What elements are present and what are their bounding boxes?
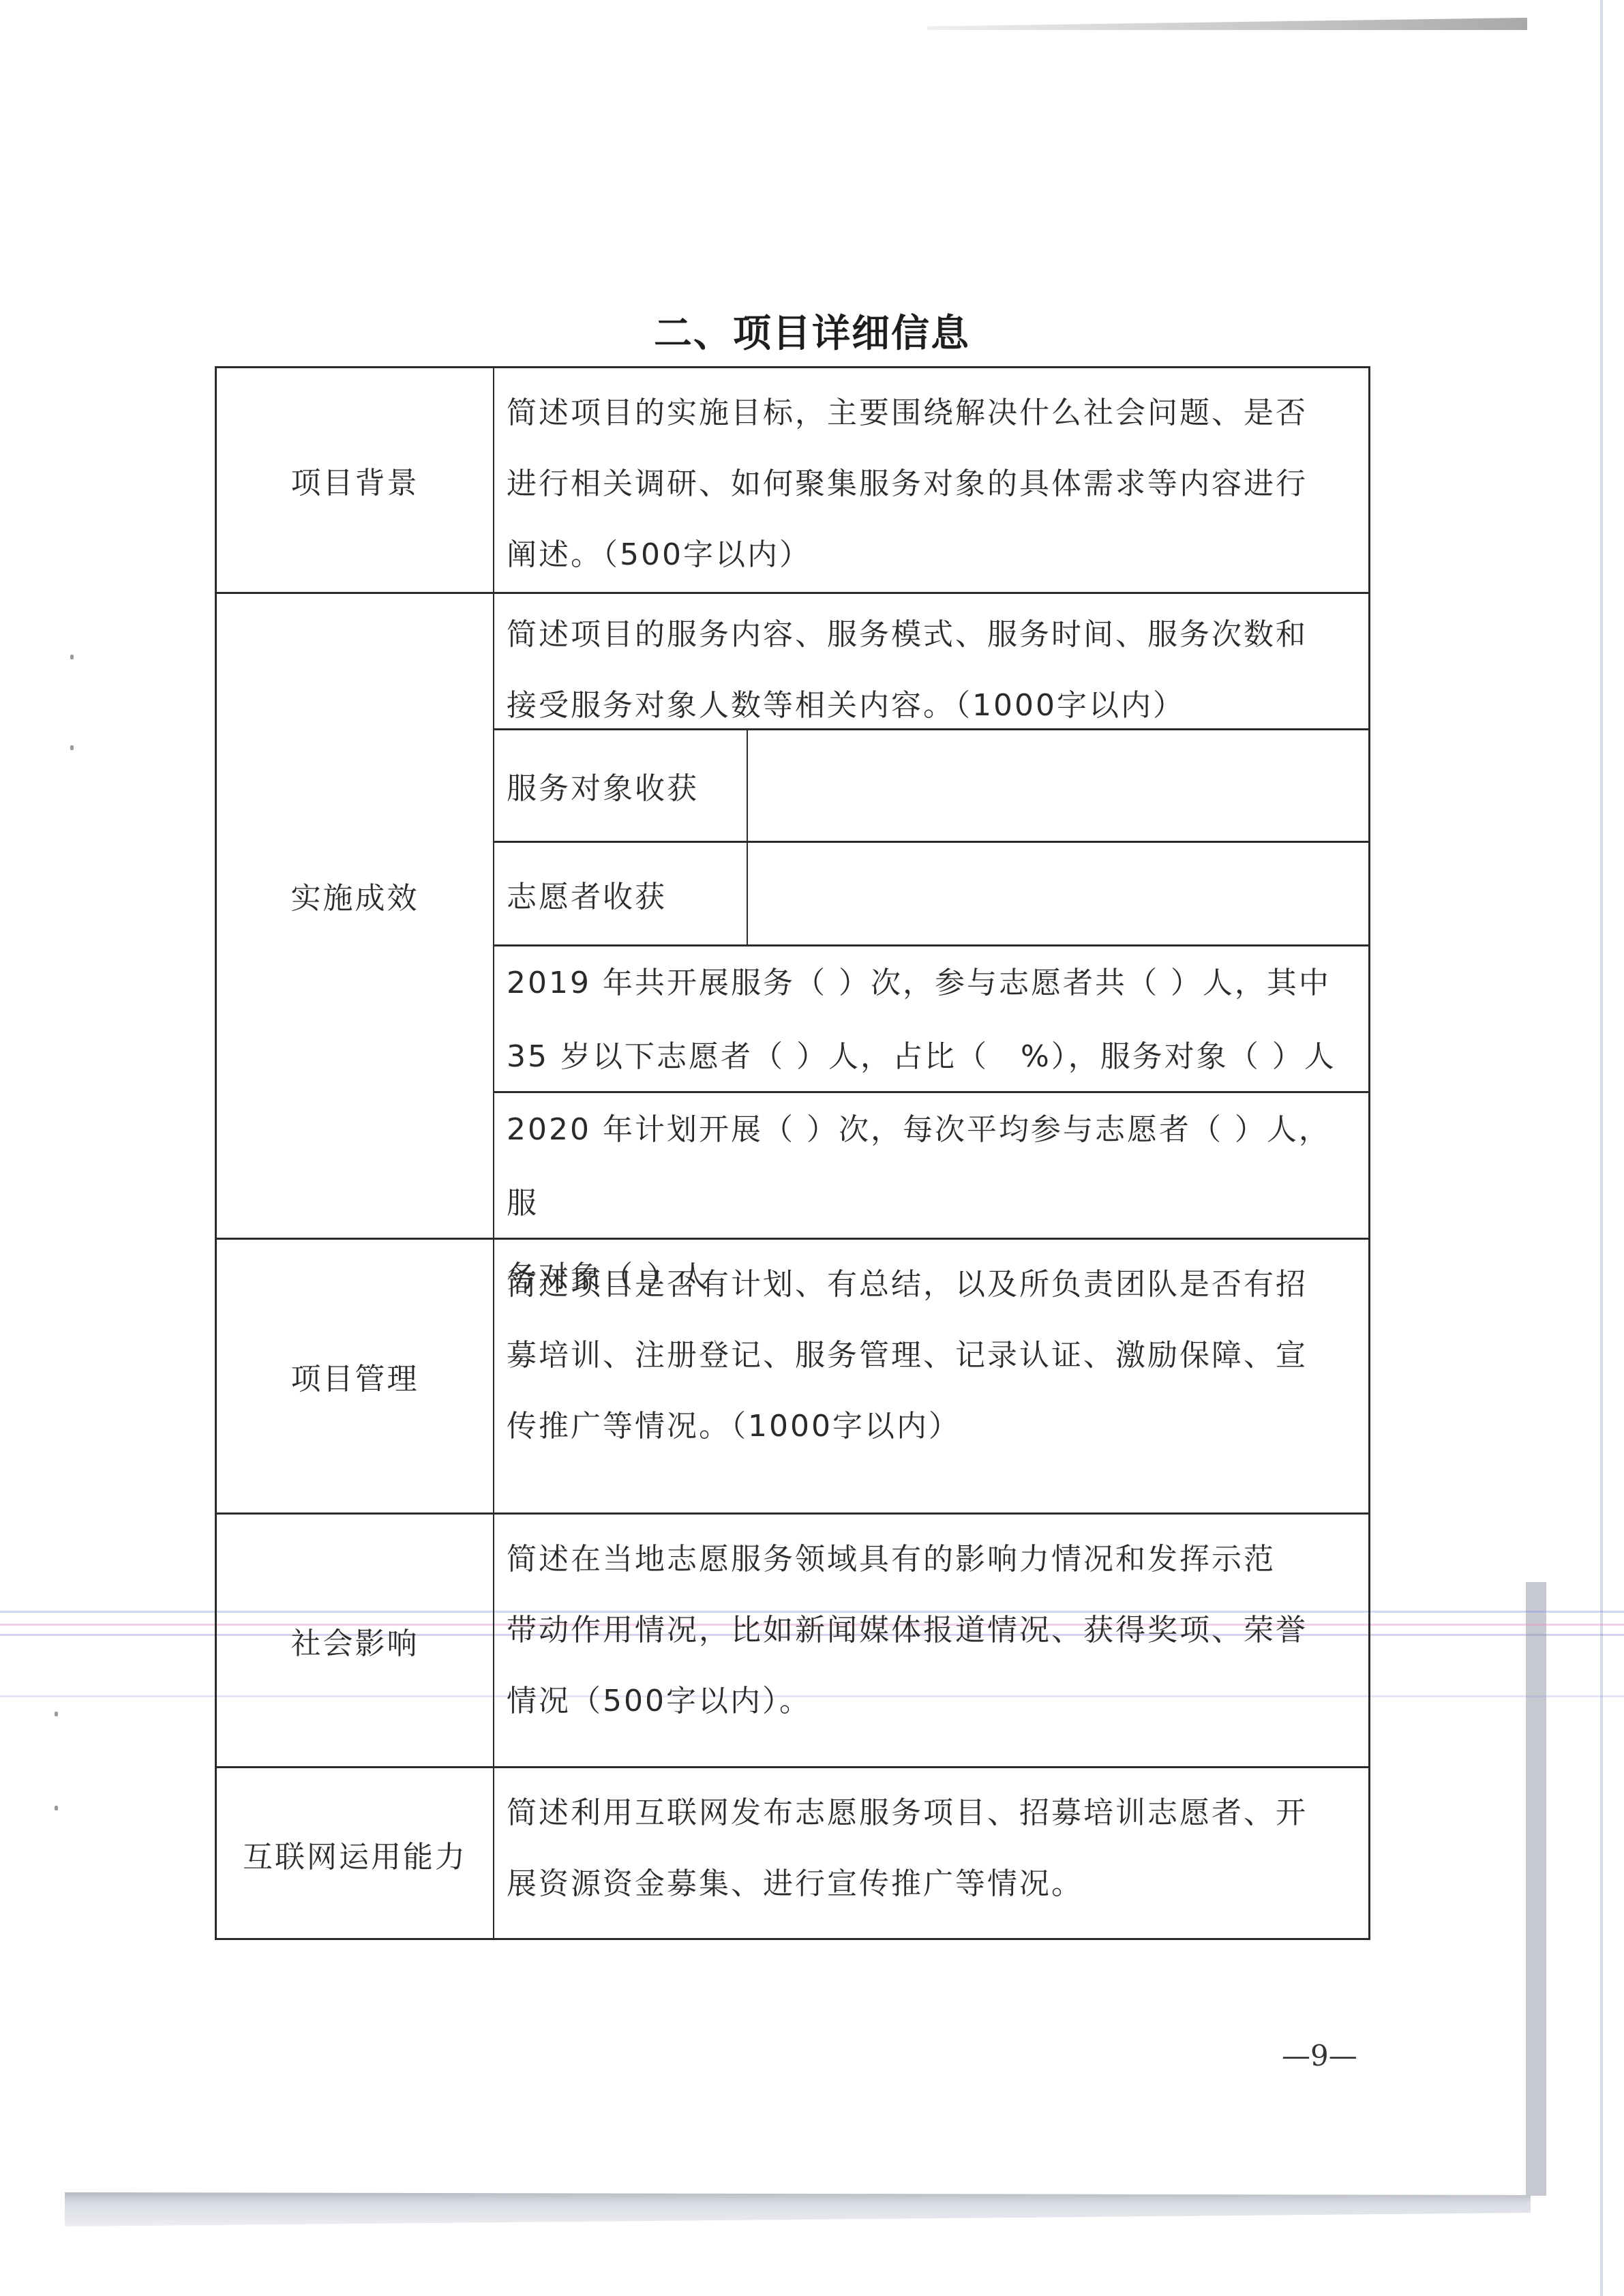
stats-line: 2019 年共开展服务（ ）次，参与志愿者共（ ）人，其中: [507, 946, 1357, 1020]
effectiveness-content: 简述项目的服务内容、服务模式、服务时间、服务次数和 接受服务对象人数等相关内容。…: [494, 594, 1368, 1238]
field-volunteer-gains[interactable]: [748, 843, 1368, 944]
scan-shadow-bottom: [65, 2192, 1531, 2226]
scan-speck: [70, 655, 74, 659]
instruction-text: 简述项目是否有计划、有总结，以及所负责团队是否有招 募培训、注册登记、服务管理、…: [507, 1249, 1357, 1462]
instruction-line: 简述项目是否有计划、有总结，以及所负责团队是否有招: [507, 1249, 1357, 1320]
label-project-background: 项目背景: [217, 368, 494, 592]
label-project-management: 项目管理: [217, 1240, 494, 1512]
instruction-line: 简述项目的服务内容、服务模式、服务时间、服务次数和: [507, 599, 1357, 670]
row-volunteer-gains: 志愿者收获: [494, 843, 1368, 946]
field-internet-capability[interactable]: 简述利用互联网发布志愿服务项目、招募培训志愿者、开 展资源资金募集、进行宣传推广…: [494, 1768, 1368, 1940]
instruction-line: 阐述。（500字以内）: [507, 520, 1357, 591]
instruction-line: 展资源资金募集、进行宣传推广等情况。: [507, 1849, 1357, 1920]
label-volunteer-gains: 志愿者收获: [494, 843, 748, 944]
field-social-impact[interactable]: 简述在当地志愿服务领域具有的影响力情况和发挥示范 带动作用情况，比如新闻媒体报道…: [494, 1515, 1368, 1766]
field-project-background[interactable]: 简述项目的实施目标，主要围绕解决什么社会问题、是否 进行相关调研、如何聚集服务对…: [494, 368, 1368, 592]
label-effectiveness: 实施成效: [217, 594, 494, 1238]
instruction-line: 带动作用情况，比如新闻媒体报道情况、获得奖项、荣誉: [507, 1595, 1357, 1666]
label-social-impact: 社会影响: [217, 1515, 494, 1766]
label-beneficiary-gains: 服务对象收获: [494, 730, 748, 841]
scan-speck: [70, 745, 74, 750]
scan-speck: [55, 1806, 58, 1810]
row-effectiveness: 实施成效 简述项目的服务内容、服务模式、服务时间、服务次数和 接受服务对象人数等…: [217, 594, 1368, 1240]
instruction-line: 简述在当地志愿服务领域具有的影响力情况和发挥示范: [507, 1524, 1357, 1595]
row-2019-stats[interactable]: 2019 年共开展服务（ ）次，参与志愿者共（ ）人，其中 35 岁以下志愿者（…: [494, 946, 1368, 1093]
instruction-text: 简述在当地志愿服务领域具有的影响力情况和发挥示范 带动作用情况，比如新闻媒体报道…: [507, 1524, 1357, 1737]
instruction-line: 简述项目的实施目标，主要围绕解决什么社会问题、是否: [507, 378, 1357, 449]
field-project-management[interactable]: 简述项目是否有计划、有总结，以及所负责团队是否有招 募培训、注册登记、服务管理、…: [494, 1240, 1368, 1512]
instruction-line: 募培训、注册登记、服务管理、记录认证、激励保障、宣: [507, 1320, 1357, 1391]
instruction-text: 简述项目的实施目标，主要围绕解决什么社会问题、是否 进行相关调研、如何聚集服务对…: [507, 378, 1357, 591]
instruction-line: 简述利用互联网发布志愿服务项目、招募培训志愿者、开: [507, 1778, 1357, 1849]
field-beneficiary-gains[interactable]: [748, 730, 1368, 841]
row-internet-capability: 互联网运用能力 简述利用互联网发布志愿服务项目、招募培训志愿者、开 展资源资金募…: [217, 1768, 1368, 1940]
section-title: 二、项目详细信息: [0, 303, 1624, 358]
scan-speck: [55, 1712, 58, 1716]
row-2020-plan[interactable]: 2020 年计划开展（ ）次，每次平均参与志愿者（ ）人，服 务对象（ ）人: [494, 1093, 1368, 1240]
row-social-impact: 社会影响 简述在当地志愿服务领域具有的影响力情况和发挥示范 带动作用情况，比如新…: [217, 1515, 1368, 1768]
instruction-text: 简述项目的服务内容、服务模式、服务时间、服务次数和 接受服务对象人数等相关内容。…: [507, 599, 1357, 741]
stats-line: 35 岁以下志愿者（ ）人，占比（ %），服务对象（ ）人: [507, 1020, 1357, 1094]
row-project-management: 项目管理 简述项目是否有计划、有总结，以及所负责团队是否有招 募培训、注册登记、…: [217, 1240, 1368, 1515]
instruction-line: 传推广等情况。（1000字以内）: [507, 1391, 1357, 1462]
project-detail-table: 项目背景 简述项目的实施目标，主要围绕解决什么社会问题、是否 进行相关调研、如何…: [215, 366, 1370, 1940]
effectiveness-description[interactable]: 简述项目的服务内容、服务模式、服务时间、服务次数和 接受服务对象人数等相关内容。…: [494, 594, 1368, 730]
row-beneficiary-gains: 服务对象收获: [494, 730, 1368, 843]
page-number: —9—: [1282, 2039, 1357, 2072]
scan-shadow-top: [927, 18, 1527, 30]
label-internet-capability: 互联网运用能力: [217, 1768, 494, 1940]
row-project-background: 项目背景 简述项目的实施目标，主要围绕解决什么社会问题、是否 进行相关调研、如何…: [217, 368, 1368, 594]
plan-line: 2020 年计划开展（ ）次，每次平均参与志愿者（ ）人，服: [507, 1093, 1357, 1240]
scan-shadow-right: [1526, 1582, 1546, 2196]
instruction-line: 进行相关调研、如何聚集服务对象的具体需求等内容进行: [507, 449, 1357, 520]
instruction-line: 情况（500字以内）。: [507, 1666, 1357, 1737]
instruction-text: 简述利用互联网发布志愿服务项目、招募培训志愿者、开 展资源资金募集、进行宣传推广…: [507, 1778, 1357, 1920]
stats-2019-text: 2019 年共开展服务（ ）次，参与志愿者共（ ）人，其中 35 岁以下志愿者（…: [507, 946, 1357, 1094]
